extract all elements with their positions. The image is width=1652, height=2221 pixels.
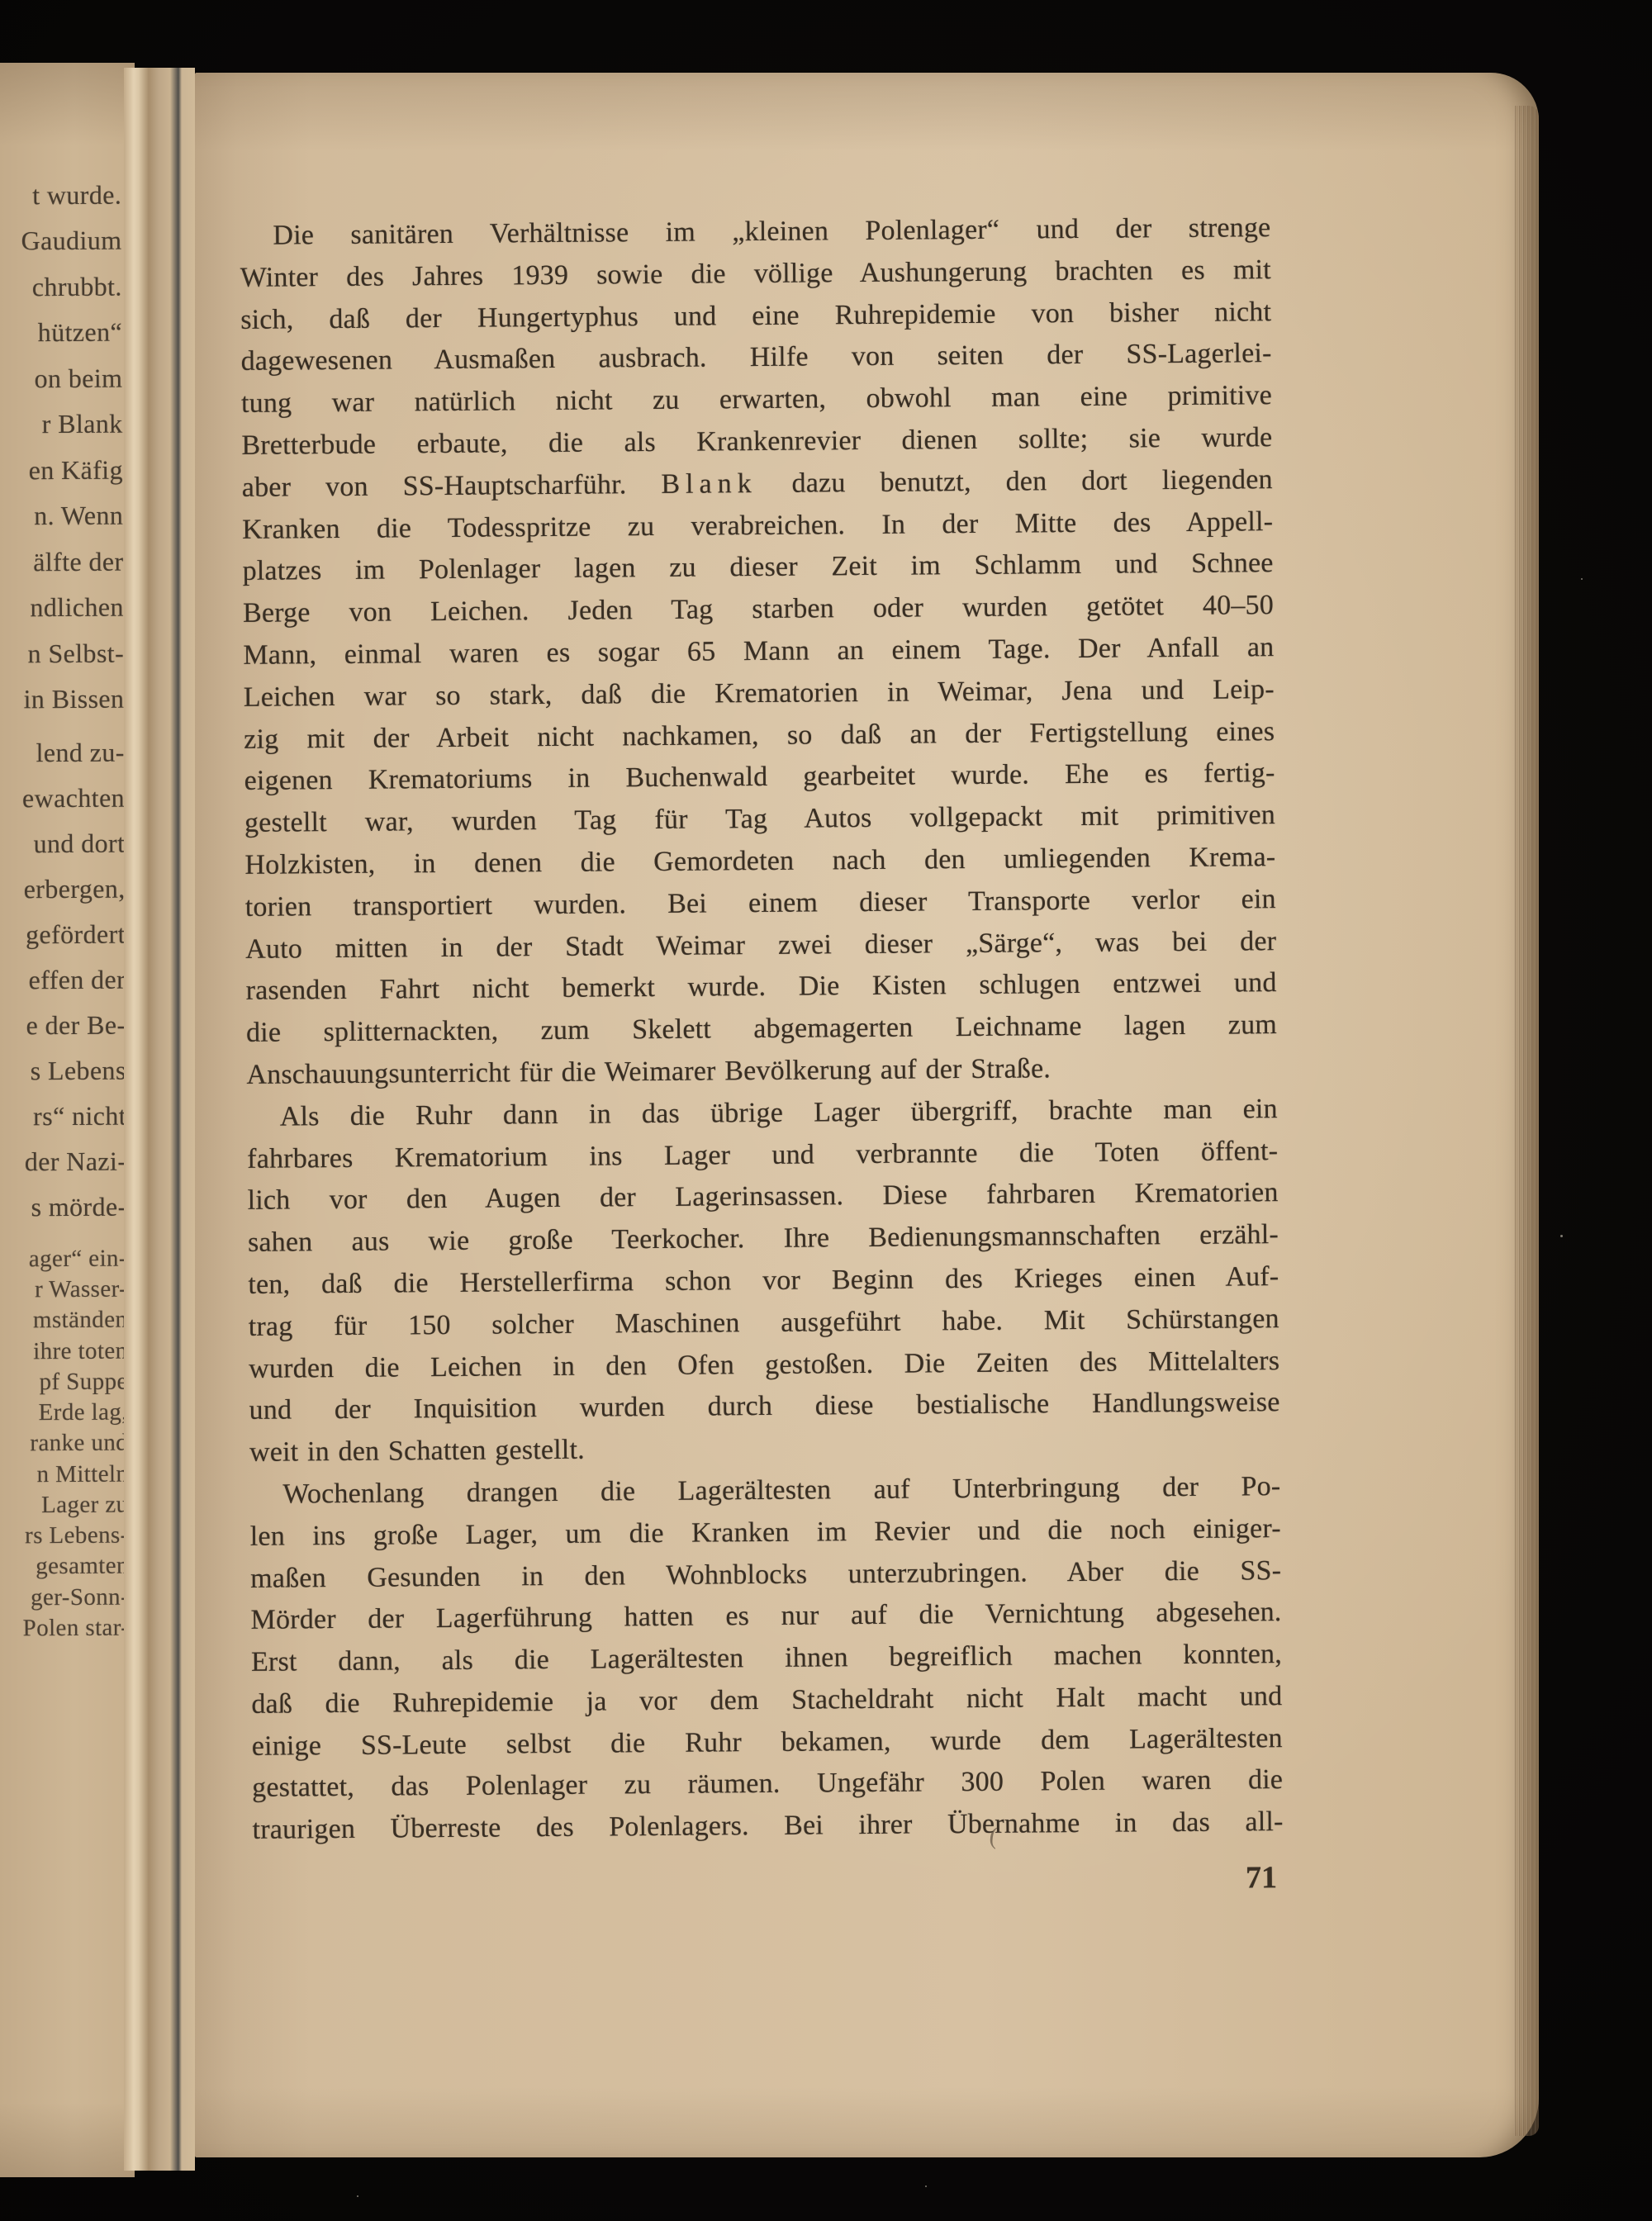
facing-page-fragment: on beim xyxy=(34,363,122,394)
facing-page-fragment: hützen“ xyxy=(38,317,122,348)
facing-page-fragment: Erde lag, xyxy=(39,1399,128,1427)
text-line: Wochenlang drangen die Lagerältesten auf… xyxy=(249,1466,1280,1516)
facing-page-fragment: ihre toten xyxy=(33,1338,127,1366)
book-gutter-fold xyxy=(124,68,195,2171)
person-name-letterspaced: Blank xyxy=(661,468,757,500)
facing-page-fragment: s Lebens xyxy=(31,1056,126,1086)
text-line: Als die Ruhr dann in das übrige Lager üb… xyxy=(247,1089,1278,1139)
text-line: trag für 150 solcher Maschinen ausgeführ… xyxy=(249,1298,1279,1349)
facing-page-fragment: und dort xyxy=(33,828,125,859)
facing-page-fragment: der Nazi- xyxy=(25,1146,127,1177)
facing-page-fragment: gesamten xyxy=(36,1553,129,1581)
facing-page-fragment: Polen star- xyxy=(23,1615,130,1643)
facing-page-fragment: chrubbt. xyxy=(32,272,122,302)
page-stack-fore-edge xyxy=(1514,106,1539,2136)
facing-page-fragment: erbergen, xyxy=(24,874,126,904)
dust-speck xyxy=(357,2195,358,2197)
facing-page-fragment: lend zu- xyxy=(36,738,124,768)
facing-page-fragment: ewachten xyxy=(22,783,125,814)
facing-page-fragment: älfte der xyxy=(33,547,123,577)
facing-page-fragment: Gaudium xyxy=(21,225,121,256)
facing-page-fragment: in Bissen xyxy=(23,684,124,714)
photo-backdrop: t wurde. Gaudium chrubbt. hützen“ on bei… xyxy=(0,0,1652,2221)
text-line: len ins große Lager, um die Kranken im R… xyxy=(250,1508,1281,1559)
text-line: traurigen Überreste des Polenlagers. Bei… xyxy=(252,1801,1283,1852)
dust-speck xyxy=(1560,1235,1563,1237)
facing-page-fragment: ger-Sonn- xyxy=(31,1584,129,1612)
facing-page-fragment: n Mitteln xyxy=(36,1461,128,1489)
facing-page-fragment: r Blank xyxy=(42,409,123,439)
facing-page-fragment: n. Wenn xyxy=(34,501,123,531)
facing-page-fragment: s mörde- xyxy=(31,1192,126,1222)
text-line: Winter des Jahres 1939 sowie die völlige… xyxy=(240,249,1271,300)
facing-page-fragment: rs“ nicht xyxy=(33,1101,126,1132)
facing-page-line-endings: t wurde. Gaudium chrubbt. hützen“ on bei… xyxy=(0,0,135,2221)
facing-page-fragment: en Käfig xyxy=(29,455,123,486)
text-line: daß die Ruhrepidemie ja vor dem Stacheld… xyxy=(251,1676,1282,1726)
text-line: Leichen war so stark, daß die Krematorie… xyxy=(244,669,1275,719)
page-number: 71 xyxy=(1112,1859,1277,1897)
dust-speck xyxy=(1581,578,1583,580)
facing-page-fragment: ager“ ein- xyxy=(29,1246,127,1274)
facing-page-fragment: Lager zu xyxy=(41,1492,129,1520)
text-line: aber von SS-Hauptscharführ. Blank dazu b… xyxy=(242,459,1273,510)
facing-page-fragment: rs Lebens- xyxy=(25,1522,129,1550)
facing-page-fragment: ndlichen xyxy=(30,592,124,623)
facing-page-fragment: ranke und xyxy=(30,1430,128,1458)
facing-page-fragment: pf Suppe xyxy=(40,1369,128,1397)
facing-page-fragment: e der Be- xyxy=(26,1010,126,1041)
text-line: und der Inquisition wurden durch diese b… xyxy=(249,1382,1279,1432)
text-segment: aber von SS-Hauptscharführ. xyxy=(242,469,662,503)
facing-page-fragment: n Selbst- xyxy=(28,638,125,669)
facing-page-fragment: gefördert xyxy=(26,919,126,950)
text-line: die splitternackten, zum Skelett abgemag… xyxy=(246,1004,1277,1055)
dust-speck xyxy=(925,2185,927,2187)
text-line: torien transportiert wurden. Bei einem d… xyxy=(245,879,1276,929)
page-body-text: Die sanitären Verhältnisse im „kleinen P… xyxy=(240,207,1284,1852)
facing-page-fragment: effen der xyxy=(28,965,126,995)
text-segment: dazu benutzt, den dort liegenden xyxy=(757,464,1272,499)
text-line: ten, daß die Herstellerfirma schon vor B… xyxy=(248,1256,1279,1307)
facing-page-fragment: t wurde. xyxy=(32,180,121,211)
facing-page-fragment: mständen xyxy=(33,1307,128,1335)
facing-page-fragment: r Wasser- xyxy=(35,1276,127,1304)
